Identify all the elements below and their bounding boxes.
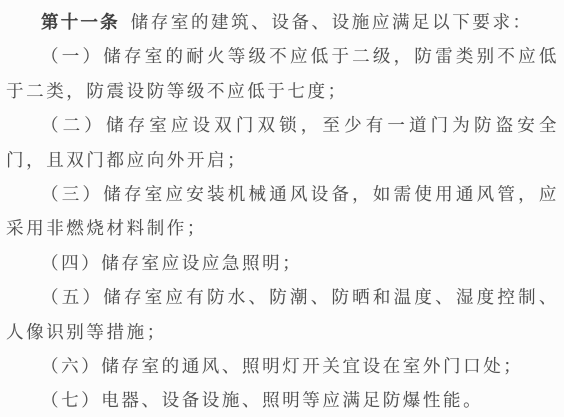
clause-item-6: （六）储存室的通风、照明灯开关宜设在室外门口处； [6,349,559,383]
clause-item-3: （三）储存室应安装机械通风设备，如需使用通风管，应采用非燃烧材料制作； [6,177,559,246]
article-heading-paragraph: 第十一条储存室的建筑、设备、设施应满足以下要求： [6,5,559,39]
clause-item-4: （四）储存室应设应急照明； [6,246,559,280]
clause-item-1: （一）储存室的耐火等级不应低于二级，防雷类别不应低于二类，防震设防等级不应低于七… [6,39,559,108]
clause-item-2: （二）储存室应设双门双锁，至少有一道门为防盗安全门，且双门都应向外开启； [6,108,559,177]
article-number-label: 第十一条 [41,12,120,32]
clause-item-5: （五）储存室应有防水、防潮、防晒和温度、湿度控制、人像识别等措施； [6,280,559,349]
article-intro-text: 储存室的建筑、设备、设施应满足以下要求： [131,12,533,32]
clause-item-7: （七）电器、设备设施、照明等应满足防爆性能。 [6,383,559,417]
document-page: 第十一条储存室的建筑、设备、设施应满足以下要求： （一）储存室的耐火等级不应低于… [0,0,564,417]
